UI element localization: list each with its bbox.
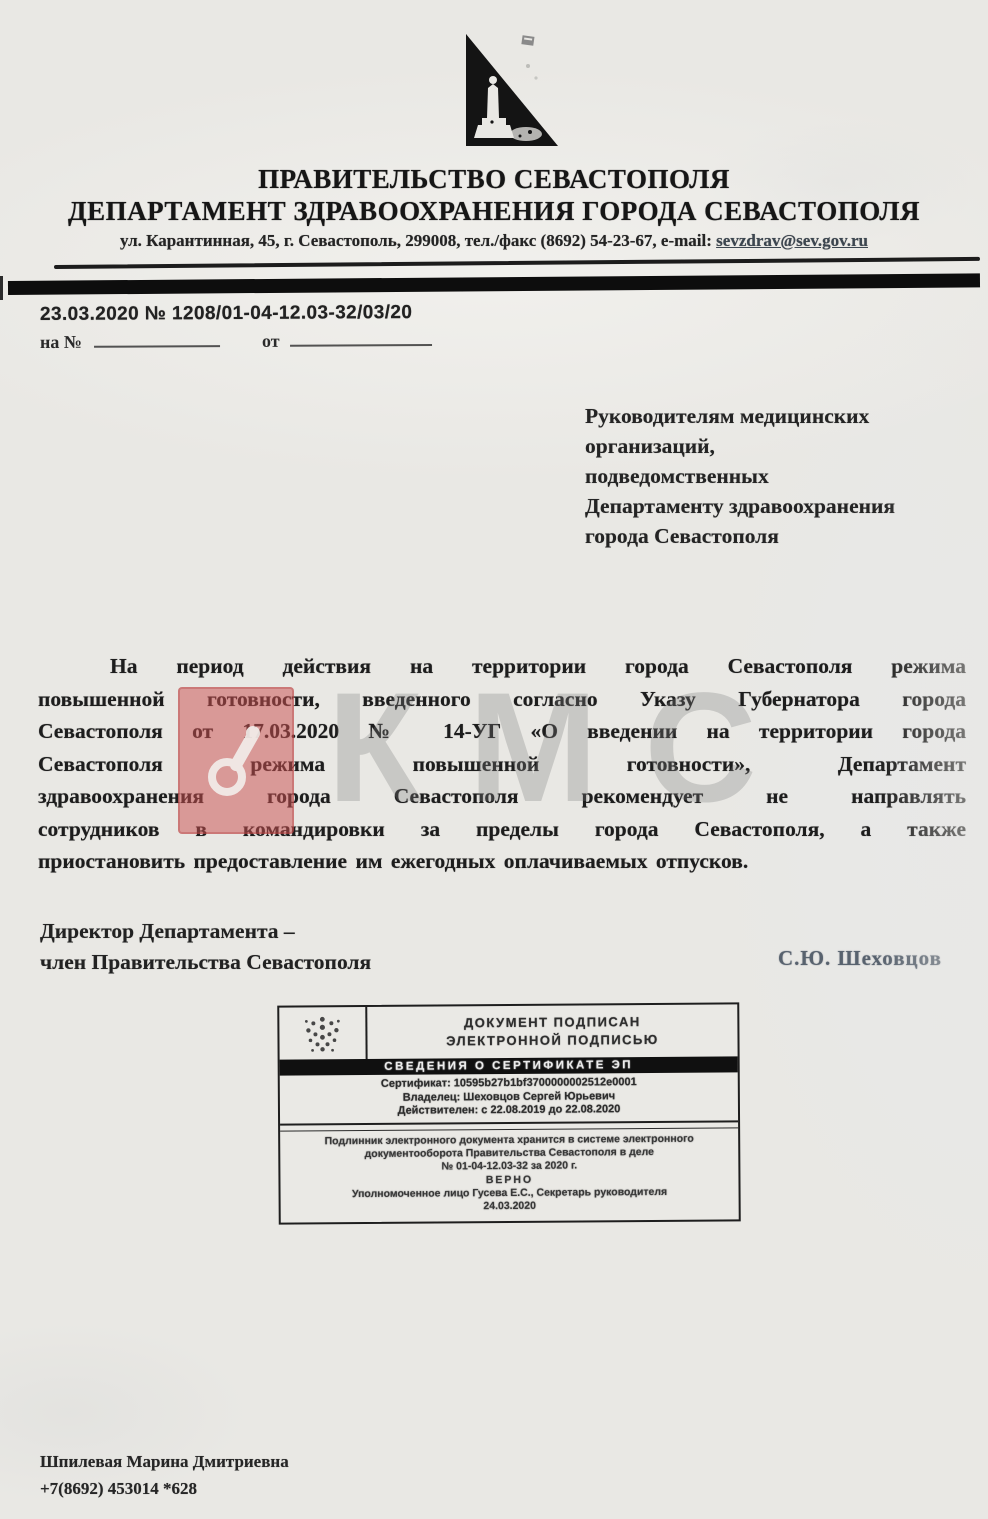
org-email-link[interactable]: sevzdrav@sev.gov.ru — [716, 231, 868, 250]
e-signature-stamp: ДОКУМЕНТ ПОДПИСАН ЭЛЕКТРОННОЙ ПОДПИСЬЮ С… — [277, 1002, 741, 1224]
body-line: приостановить предоставление им ежегодны… — [38, 845, 966, 878]
signer-title-block: Директор Департамента – член Правительст… — [40, 916, 371, 978]
stamp-origin-block: Подлинник электронного документа хранитс… — [280, 1128, 739, 1222]
body-line: повышенной готовности, введенного соглас… — [38, 683, 966, 716]
org-address-text: ул. Карантинная, 45, г. Севастополь, 299… — [120, 231, 716, 250]
body-line: Севастополя от 17.03.2020 № 14-УГ «О вве… — [38, 715, 966, 748]
recipient-line: Департаменту здравоохранения — [585, 491, 970, 521]
executor-phone: +7(8692) 453014 *628 — [40, 1475, 289, 1502]
russian-eagle-stamp-icon — [279, 1007, 367, 1060]
signer-title-line: Директор Департамента – — [40, 916, 371, 947]
recipient-line: Руководителям медицинских — [585, 401, 970, 431]
body-line: сотрудников в командировки за пределы го… — [38, 813, 966, 846]
org-address-line: ул. Карантинная, 45, г. Севастополь, 299… — [0, 231, 988, 251]
body-line: Севастополя режима повышенной готовности… — [38, 748, 966, 781]
reply-number-blank — [94, 331, 220, 348]
recipient-line: организаций, — [585, 431, 970, 461]
scan-edge-mark — [0, 276, 3, 300]
reply-date-label: от — [262, 331, 280, 351]
outgoing-number: 23.03.2020 № 1208/01-04-12.03-32/03/20 — [40, 302, 412, 326]
recipient-line: города Севастополя — [585, 521, 970, 551]
letter-body: На период действия на территории города … — [38, 650, 966, 878]
signer-name: С.Ю. Шеховцов — [778, 946, 942, 971]
header-rule-thick — [8, 273, 980, 295]
recipient-line: подведомственных — [585, 461, 970, 491]
stamp-certificate-info: Сертификат: 10595b27b1bf3700000002512e00… — [280, 1072, 738, 1123]
executor-contact-block: Шпилевая Марина Дмитриевна +7(8692) 4530… — [40, 1448, 289, 1502]
reply-reference-line: на №от — [40, 330, 432, 353]
stamp-title: ДОКУМЕНТ ПОДПИСАН ЭЛЕКТРОННОЙ ПОДПИСЬЮ — [367, 1012, 737, 1051]
sevastopol-coat-of-arms-icon — [452, 26, 574, 160]
stamp-title-line: ЭЛЕКТРОННОЙ ПОДПИСЬЮ — [367, 1030, 737, 1051]
stamp-header: ДОКУМЕНТ ПОДПИСАН ЭЛЕКТРОННОЙ ПОДПИСЬЮ — [279, 1004, 737, 1059]
stamp-certificate-validity: Действителен: с 22.08.2019 до 22.08.2020 — [284, 1102, 734, 1119]
executor-name: Шпилевая Марина Дмитриевна — [40, 1448, 289, 1475]
body-line: На период действия на территории города … — [38, 650, 966, 683]
signer-title-line: член Правительства Севастополя — [40, 947, 371, 978]
recipient-block: Руководителям медицинских организаций, п… — [585, 401, 970, 551]
org-name-line2: ДЕПАРТАМЕНТ ЗДРАВООХРАНЕНИЯ ГОРОДА СЕВАС… — [0, 196, 988, 227]
reply-number-label: на № — [40, 332, 82, 352]
header-rule-thin — [54, 257, 980, 269]
body-line: здравоохранения города Севастополя реком… — [38, 780, 966, 813]
scanned-letter-page: ПРАВИТЕЛЬСТВО СЕВАСТОПОЛЯ ДЕПАРТАМЕНТ ЗД… — [0, 0, 988, 1519]
reply-date-blank — [290, 330, 432, 347]
org-name-line1: ПРАВИТЕЛЬСТВО СЕВАСТОПОЛЯ — [0, 164, 988, 195]
